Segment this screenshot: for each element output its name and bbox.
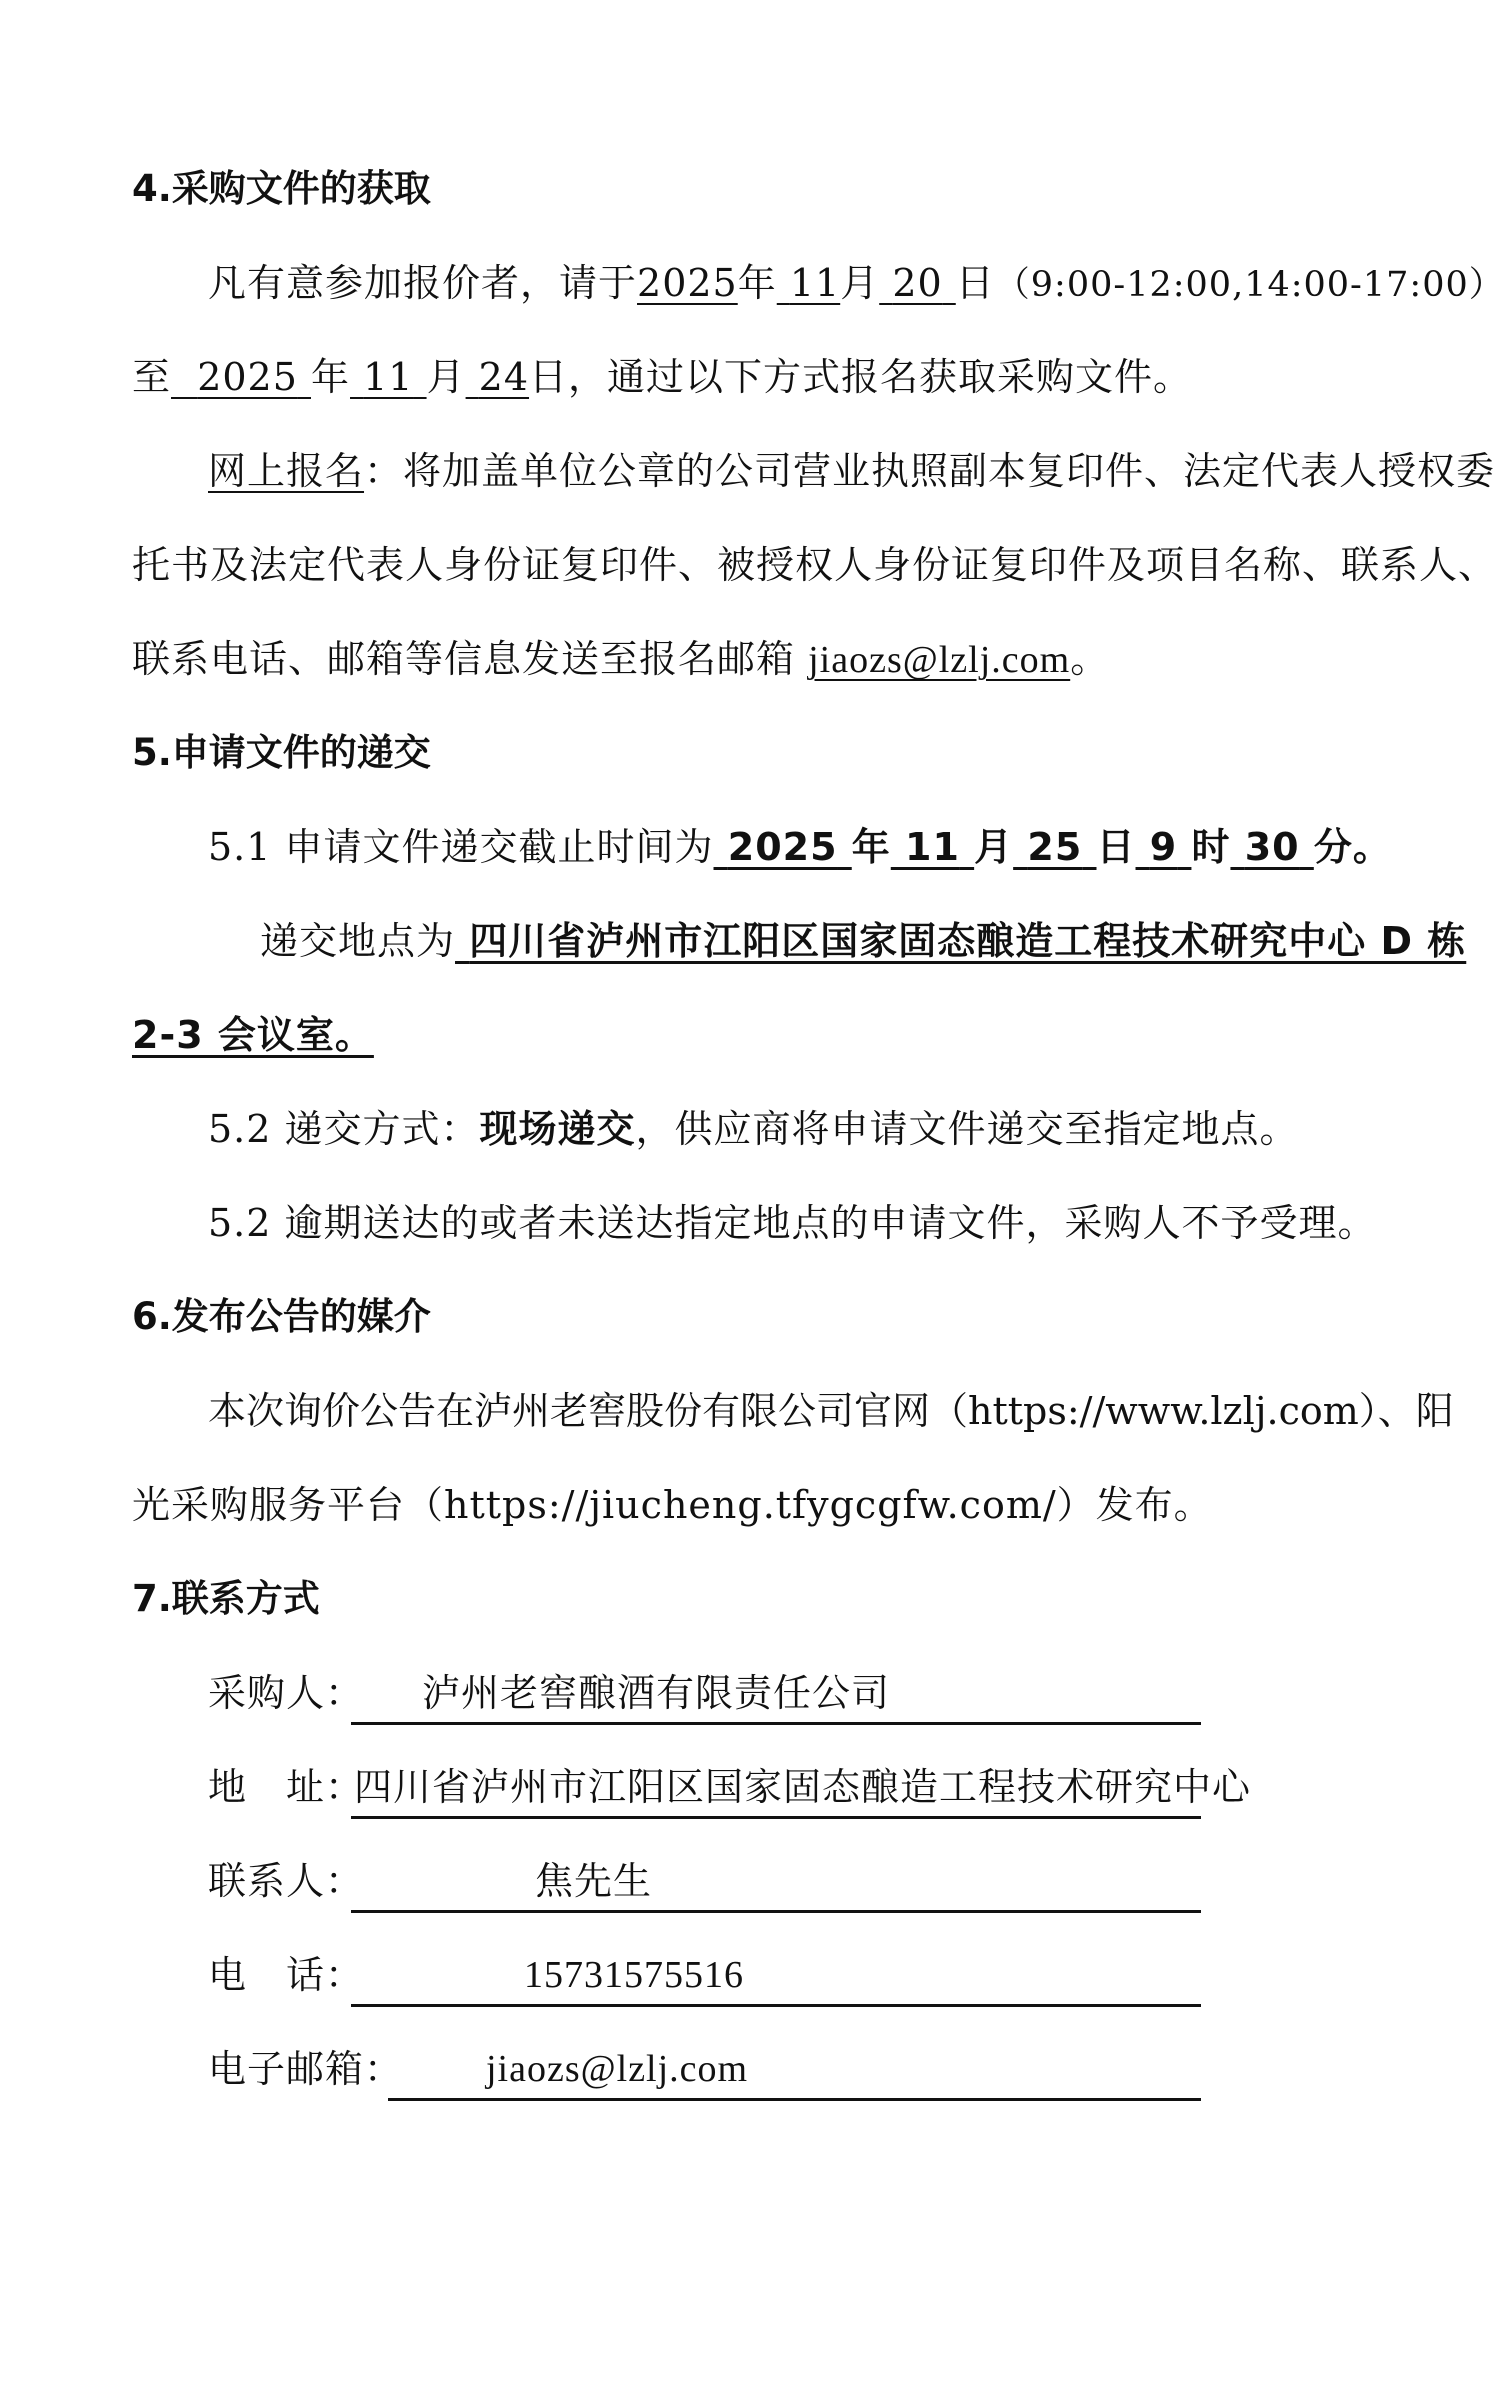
text: 年 bbox=[311, 355, 350, 399]
contact-person-underline bbox=[351, 1910, 1201, 1913]
section-6-heading: 6.发布公告的媒介 bbox=[132, 1270, 1400, 1364]
submission-place-cont: 2-3 会议室。 bbox=[132, 1013, 374, 1057]
deadline-minute: 30 bbox=[1230, 825, 1313, 869]
submission-place: 四川省泸州市江阳区国家固态酿造工程技术研究中心 D 栋 bbox=[455, 919, 1466, 963]
registration-email-link[interactable]: jiaozs@lzlj.com bbox=[808, 639, 1070, 681]
contact-purchaser: 采购人： 泸州老窖酿酒有限责任公司 bbox=[132, 1646, 1400, 1740]
deadline-hour: 9 bbox=[1136, 825, 1192, 869]
office-hours: （9:00-12:00,14:00-17:00） bbox=[995, 265, 1500, 305]
contact-address: 地 址： 四川省泸州市江阳区国家固态酿造工程技术研究中心 bbox=[132, 1740, 1400, 1834]
late-submission-line: 5.2 逾期送达的或者未送达指定地点的申请文件，采购人不予受理。 bbox=[132, 1176, 1400, 1270]
text: 递交地点为 bbox=[260, 919, 455, 963]
text: 年 bbox=[852, 825, 891, 869]
document-page: 4.采购文件的获取 凡有意参加报价者，请于2025年 11月 20 日（9:00… bbox=[132, 142, 1400, 2116]
contact-person: 联系人： 焦先生 bbox=[132, 1834, 1400, 1928]
section-4-heading: 4.采购文件的获取 bbox=[132, 142, 1400, 236]
start-year: 2025 bbox=[637, 261, 738, 305]
section-4-paragraph-1: 凡有意参加报价者，请于2025年 11月 20 日（9:00-12:00,14:… bbox=[132, 236, 1400, 330]
text: 时 bbox=[1191, 825, 1230, 869]
phone-value[interactable]: 15731575516 bbox=[524, 1928, 744, 2022]
text: 5.1 申请文件递交截止时间为 bbox=[208, 825, 714, 869]
contact-phone: 电 话： 15731575516 bbox=[132, 1928, 1400, 2022]
start-month: 11 bbox=[777, 261, 840, 305]
text: 月 bbox=[974, 825, 1013, 869]
section-5-heading: 5.申请文件的递交 bbox=[132, 706, 1400, 800]
text: 日，通过以下方式报名获取采购文件。 bbox=[529, 355, 1192, 399]
text: 分。 bbox=[1314, 825, 1392, 869]
section-4-paragraph-1-cont: 至 2025 年 11 月 24日，通过以下方式报名获取采购文件。 bbox=[132, 330, 1400, 424]
contact-email: 电子邮箱： jiaozs@lzlj.com bbox=[132, 2022, 1400, 2116]
address-value: 四川省泸州市江阳区国家固态酿造工程技术研究中心 bbox=[354, 1740, 1251, 1834]
email-label: 电子邮箱： bbox=[208, 2022, 403, 2116]
end-day: 24 bbox=[466, 355, 529, 399]
text: 至 bbox=[132, 355, 171, 399]
deadline-line: 5.1 申请文件递交截止时间为 2025 年 11 月 25 日 9 时 30 … bbox=[132, 800, 1400, 894]
text: 日 bbox=[1097, 825, 1136, 869]
contact-person-label: 联系人： bbox=[208, 1834, 364, 1928]
address-label: 地 址： bbox=[208, 1740, 364, 1834]
text: 凡有意参加报价者，请于 bbox=[208, 261, 637, 305]
media-line-1: 本次询价公告在泸州老窖股份有限公司官网（https://www.lzlj.com… bbox=[132, 1364, 1400, 1458]
online-registration-line-2: 托书及法定代表人身份证复印件、被授权人身份证复印件及项目名称、联系人、 bbox=[132, 518, 1400, 612]
deadline-year: 2025 bbox=[714, 825, 852, 869]
contact-person-value: 焦先生 bbox=[535, 1834, 652, 1928]
deadline-month: 11 bbox=[891, 825, 974, 869]
submission-method: 现场递交 bbox=[480, 1107, 636, 1151]
section-7-heading: 7.联系方式 bbox=[132, 1552, 1400, 1646]
purchaser-label: 采购人： bbox=[208, 1646, 364, 1740]
text: 日 bbox=[956, 261, 995, 305]
phone-underline bbox=[351, 2004, 1201, 2007]
online-registration-label: 网上报名 bbox=[208, 449, 364, 493]
text: 月 bbox=[840, 261, 879, 305]
text: ：将加盖单位公章的公司营业执照副本复印件、法定代表人授权委 bbox=[364, 449, 1495, 493]
end-month: 11 bbox=[350, 355, 427, 399]
text: 年 bbox=[738, 261, 777, 305]
media-line-2: 光采购服务平台（https://jiucheng.tfygcgfw.com/）发… bbox=[132, 1458, 1400, 1552]
text: 。 bbox=[1070, 637, 1109, 681]
submission-place-line-1: 递交地点为 四川省泸州市江阳区国家固态酿造工程技术研究中心 D 栋 bbox=[132, 894, 1400, 988]
end-year: 2025 bbox=[171, 355, 311, 399]
submission-place-line-2: 2-3 会议室。 bbox=[132, 988, 1400, 1082]
purchaser-value: 泸州老窖酿酒有限责任公司 bbox=[422, 1646, 890, 1740]
deadline-day: 25 bbox=[1013, 825, 1096, 869]
text: 月 bbox=[427, 355, 466, 399]
email-value[interactable]: jiaozs@lzlj.com bbox=[486, 2022, 748, 2116]
text: ，供应商将申请文件递交至指定地点。 bbox=[636, 1107, 1299, 1151]
text: 5.2 递交方式： bbox=[208, 1107, 480, 1151]
online-registration-line-3: 联系电话、邮箱等信息发送至报名邮箱 jiaozs@lzlj.com。 bbox=[132, 612, 1400, 706]
online-registration-line-1: 网上报名：将加盖单位公章的公司营业执照副本复印件、法定代表人授权委 bbox=[132, 424, 1400, 518]
submission-method-line: 5.2 递交方式：现场递交，供应商将申请文件递交至指定地点。 bbox=[132, 1082, 1400, 1176]
phone-label: 电 话： bbox=[208, 1928, 364, 2022]
start-day: 20 bbox=[879, 261, 956, 305]
text: 联系电话、邮箱等信息发送至报名邮箱 bbox=[132, 637, 795, 681]
